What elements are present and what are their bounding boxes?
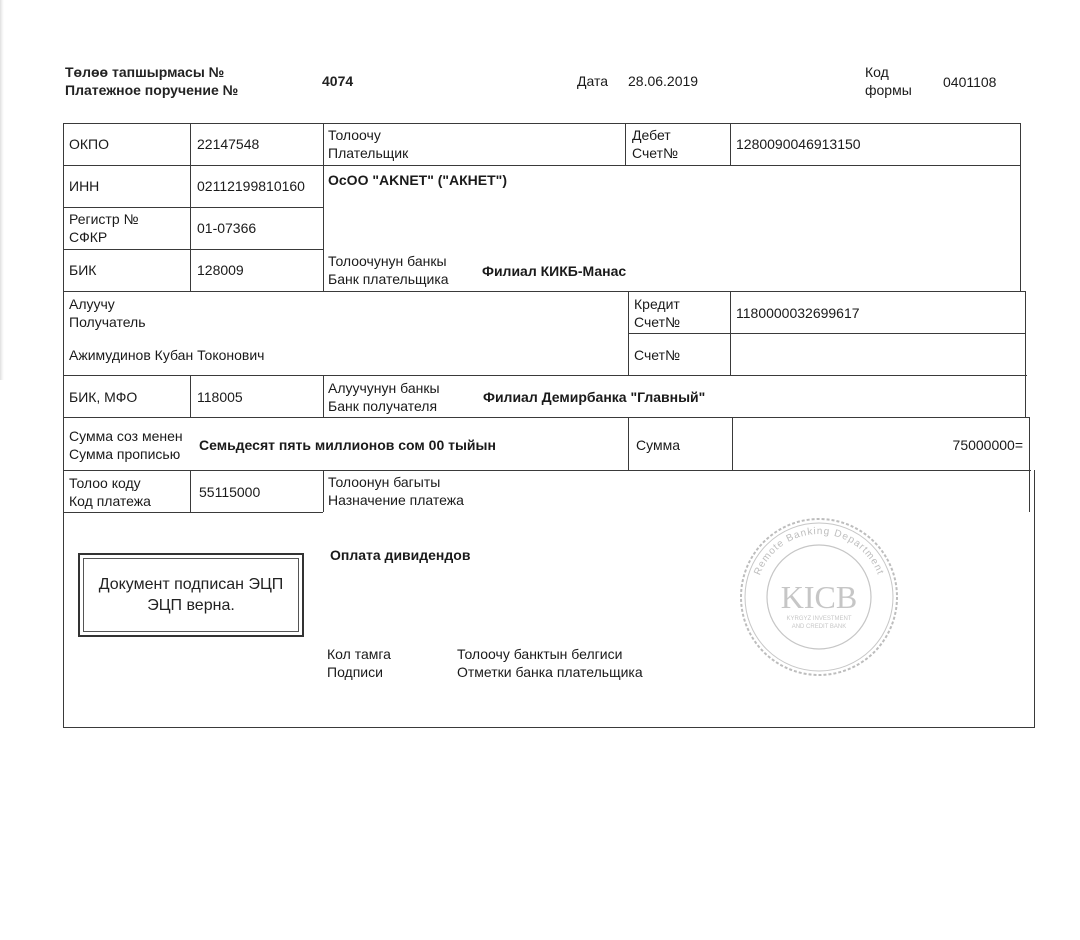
bank-marks-ky: Толоочу банктын белгиси [457,645,622,663]
doc-title-ru: Платежное поручение № [65,81,238,99]
payment-code-label-ru: Код платежа [69,492,151,510]
payer-name: ОсОО "AKNET" ("АКНЕТ") [328,171,507,189]
payer-bank-label-ru: Банк плательщика [328,270,449,288]
purpose-label-ru: Назначение платежа [328,491,464,509]
signature-line-2: ЭЦП верна. [147,595,235,616]
scan-edge-shadow [0,0,4,380]
debit-label-1: Дебет [632,126,671,144]
inn-value: 02112199810160 [197,177,305,195]
payment-code-label-ky: Толоо коду [69,474,141,492]
credit-label-1: Кредит [634,295,680,313]
form-code-value: 0401108 [943,73,996,91]
credit-label-2: Счет№ [634,313,680,331]
digital-signature-box: Документ подписан ЭЦП ЭЦП верна. [78,553,304,637]
signature-line-1: Документ подписан ЭЦП [99,574,284,595]
date-label: Дата [577,72,608,90]
signs-label-ky: Кол тамга [327,645,391,663]
recipient-bank-label-ru: Банк получателя [328,397,437,415]
doc-number: 4074 [322,72,353,90]
recipient-bik-label: БИК, МФО [69,388,137,406]
amount-words-label-ru: Сумма прописью [69,445,180,463]
bank-marks-ru: Отметки банка плательщика [457,663,643,681]
form-code-label-2: формы [865,81,912,99]
sum-value: 75000000= [953,436,1023,454]
svg-text:AND CREDIT BANK: AND CREDIT BANK [792,624,847,630]
inn-label: ИНН [69,177,99,195]
date-value: 28.06.2019 [628,72,698,90]
amount-words-label-ky: Сумма соз менен [69,427,183,445]
purpose-value: Оплата дивидендов [330,546,470,564]
reg-label-1: Регистр № [69,210,139,228]
bik-label: БИК [69,261,96,279]
recipient-label-ru: Получатель [69,313,146,331]
reg-value: 01-07366 [197,219,256,237]
purpose-label-ky: Толоонун багыты [328,473,440,491]
reg-label-2: СФКР [69,228,107,246]
recipient-name: Ажимудинов Кубан Токонович [69,346,264,364]
payer-bank-name: Филиал КИКБ-Манас [482,262,626,280]
sum-label: Сумма [636,436,680,454]
account2-label: Счет№ [634,346,680,364]
recipient-label-ky: Алуучу [69,295,115,313]
payer-label-ru: Плательщик [328,144,408,162]
svg-text:KICB: KICB [781,579,857,615]
recipient-bik-value: 118005 [197,388,243,406]
recipient-bank-name: Филиал Демирбанка "Главный" [483,388,705,406]
credit-account: 1180000032699617 [736,304,860,322]
okpo-value: 22147548 [197,135,259,153]
form-code-label-1: Код [865,63,889,81]
debit-label-2: Счет№ [632,144,678,162]
payer-bank-label-ky: Толоочунун банкы [328,252,447,270]
payment-code-value: 55115000 [199,483,260,501]
bik-value: 128009 [197,261,244,279]
amount-words-value: Семьдесят пять миллионов сом 00 тыйын [199,436,496,454]
doc-title-ky: Төлөө тапшырмасы № [65,63,224,81]
svg-text:KYRGYZ INVESTMENT: KYRGYZ INVESTMENT [786,616,851,622]
debit-account: 1280090046913150 [736,135,861,153]
bank-stamp-icon: Remote Banking Department KICB KYRGYZ IN… [738,516,900,678]
okpo-label: ОКПО [69,135,109,153]
signs-label-ru: Подписи [327,663,383,681]
payer-label-ky: Толоочу [328,126,381,144]
recipient-bank-label-ky: Алуучунун банкы [328,379,440,397]
